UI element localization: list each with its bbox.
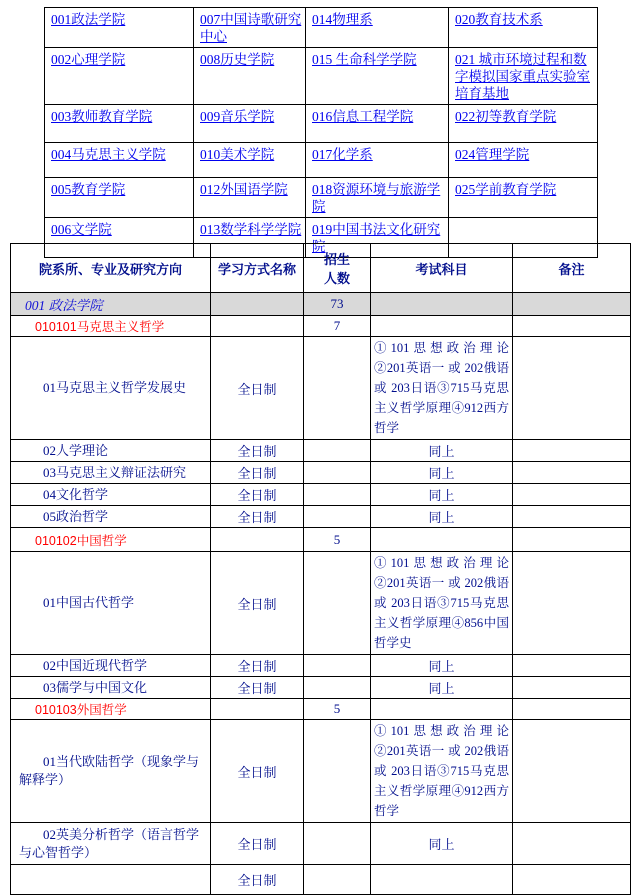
quota-cell: 7 (304, 316, 371, 337)
admissions-table: 院系所、专业及研究方向 学习方式名称 招生 人数 考试科目 备注 001 政法学… (10, 243, 631, 839)
study-mode-cell: 全日制 (211, 677, 304, 699)
exam-subjects-cell (371, 699, 513, 720)
link-cell[interactable]: 025学前教育学院 (449, 178, 598, 218)
quota-cell: 5 (304, 699, 371, 720)
link-cell[interactable]: 007中国诗歌研究中心 (194, 8, 306, 48)
remarks-cell (513, 823, 631, 840)
college-link[interactable]: 008历史学院 (200, 52, 274, 67)
quota-cell (304, 677, 371, 699)
direction-row: 03马克思主义辩证法研究 全日制 同上 (11, 462, 631, 484)
direction-row: 01马克思主义哲学发展史 全日制 ①101思想政治理论②201英语一 或 202… (11, 337, 631, 440)
remarks-cell (513, 316, 631, 337)
study-mode-cell: 全日制 (211, 720, 304, 823)
link-cell[interactable]: 014物理系 (306, 8, 449, 48)
college-link[interactable]: 005教育学院 (51, 182, 125, 197)
remarks-cell (513, 655, 631, 677)
direction-row: 02英美分析哲学（语言哲学与心智哲学） 全日制 同上 (11, 823, 631, 840)
name-cell: 01马克思主义哲学发展史 (11, 337, 211, 440)
link-row: 002心理学院 008历史学院 015 生命科学学院 021 城市环境过程和数字… (45, 48, 598, 105)
major-row: 010103外国哲学 5 (11, 699, 631, 720)
college-link[interactable]: 025学前教育学院 (455, 182, 556, 197)
college-link[interactable]: 022初等教育学院 (455, 109, 556, 124)
link-cell[interactable]: 001政法学院 (45, 8, 194, 48)
study-mode-cell: 全日制 (211, 484, 304, 506)
quota-cell (304, 462, 371, 484)
exam-subjects-cell: 同上 (371, 484, 513, 506)
quota-cell (304, 720, 371, 823)
major-row: 010101马克思主义哲学 7 (11, 316, 631, 337)
col-header-exam-subjects: 考试科目 (371, 244, 513, 293)
remarks-cell (513, 293, 631, 316)
link-cell[interactable]: 022初等教育学院 (449, 105, 598, 143)
quota-cell: 5 (304, 528, 371, 552)
name-cell: 02中国近现代哲学 (11, 655, 211, 677)
remarks-cell (513, 484, 631, 506)
direction-row: 05政治哲学 全日制 同上 (11, 506, 631, 528)
exam-subjects-cell: 同上 (371, 506, 513, 528)
name-cell: 010103外国哲学 (11, 699, 211, 720)
remarks-cell (513, 552, 631, 655)
study-mode-cell: 全日制 (211, 823, 304, 840)
col-header-department: 院系所、专业及研究方向 (11, 244, 211, 293)
study-mode-cell: 全日制 (211, 506, 304, 528)
name-cell: 02人学理论 (11, 440, 211, 462)
link-row: 004马克思主义学院 010美术学院 017化学系 024管理学院 (45, 143, 598, 178)
college-link[interactable]: 021 城市环境过程和数字模拟国家重点实验室培育基地 (455, 52, 590, 101)
college-row: 001 政法学院 73 (11, 293, 631, 316)
link-cell[interactable]: 017化学系 (306, 143, 449, 178)
link-cell[interactable]: 002心理学院 (45, 48, 194, 105)
exam-subjects-cell (371, 293, 513, 316)
college-link[interactable]: 010美术学院 (200, 147, 274, 162)
link-cell[interactable]: 020教育技术系 (449, 8, 598, 48)
quota-cell (304, 655, 371, 677)
quota-cell (304, 440, 371, 462)
direction-row: 03儒学与中国文化 全日制 同上 (11, 677, 631, 699)
link-row: 001政法学院 007中国诗歌研究中心 014物理系 020教育技术系 (45, 8, 598, 48)
exam-subjects-cell (371, 528, 513, 552)
exam-subjects-cell: 同上 (371, 440, 513, 462)
remarks-cell (513, 528, 631, 552)
col-header-quota: 招生 人数 (304, 244, 371, 293)
link-cell[interactable]: 008历史学院 (194, 48, 306, 105)
link-row: 005教育学院 012外国语学院 018资源环境与旅游学院 025学前教育学院 (45, 178, 598, 218)
study-mode-cell (211, 699, 304, 720)
header-row: 院系所、专业及研究方向 学习方式名称 招生 人数 考试科目 备注 (11, 244, 631, 293)
name-cell: 05政治哲学 (11, 506, 211, 528)
link-cell[interactable]: 021 城市环境过程和数字模拟国家重点实验室培育基地 (449, 48, 598, 105)
name-cell: 03儒学与中国文化 (11, 677, 211, 699)
college-link[interactable]: 015 生命科学学院 (312, 52, 417, 67)
quota-cell: 73 (304, 293, 371, 316)
remarks-cell (513, 462, 631, 484)
study-mode-cell (211, 293, 304, 316)
direction-row: 01当代欧陆哲学（现象学与解释学） 全日制 ①101思想政治理论②201英语一 … (11, 720, 631, 823)
college-link[interactable]: 018资源环境与旅游学院 (312, 182, 440, 214)
link-cell[interactable]: 016信息工程学院 (306, 105, 449, 143)
name-cell: 04文化哲学 (11, 484, 211, 506)
study-mode-cell: 全日制 (211, 440, 304, 462)
college-link[interactable]: 016信息工程学院 (312, 109, 413, 124)
college-link[interactable]: 017化学系 (312, 147, 373, 162)
study-mode-cell: 全日制 (211, 462, 304, 484)
exam-subjects-cell: 同上 (371, 462, 513, 484)
study-mode-cell (211, 528, 304, 552)
college-link[interactable]: 012外国语学院 (200, 182, 288, 197)
exam-subjects-cell: ①101思想政治理论②201英语一 或 202俄语 或 203日语③715马克思… (371, 552, 513, 655)
college-link[interactable]: 009音乐学院 (200, 109, 274, 124)
direction-row: 02中国近现代哲学 全日制 同上 (11, 655, 631, 677)
remarks-cell (513, 677, 631, 699)
direction-row: 02人学理论 全日制 同上 (11, 440, 631, 462)
study-mode-cell: 全日制 (211, 552, 304, 655)
link-cell[interactable]: 009音乐学院 (194, 105, 306, 143)
link-cell[interactable]: 012外国语学院 (194, 178, 306, 218)
study-mode-cell: 全日制 (211, 337, 304, 440)
quota-cell (304, 823, 371, 840)
col-header-study-mode: 学习方式名称 (211, 244, 304, 293)
link-cell[interactable]: 010美术学院 (194, 143, 306, 178)
quota-cell (304, 506, 371, 528)
name-cell: 01中国古代哲学 (11, 552, 211, 655)
exam-subjects-cell: 同上 (371, 655, 513, 677)
direction-row: 01中国古代哲学 全日制 ①101思想政治理论②201英语一 或 202俄语 或… (11, 552, 631, 655)
college-link[interactable]: 003教师教育学院 (51, 109, 152, 124)
college-links-table: 001政法学院 007中国诗歌研究中心 014物理系 020教育技术系 002心… (44, 7, 598, 258)
college-link[interactable]: 004马克思主义学院 (51, 147, 166, 162)
link-cell[interactable]: 024管理学院 (449, 143, 598, 178)
remarks-cell (513, 720, 631, 823)
remarks-cell (513, 440, 631, 462)
study-mode-cell: 全日制 (211, 655, 304, 677)
study-mode-cell (211, 316, 304, 337)
college-link[interactable]: 014物理系 (312, 12, 373, 27)
name-cell: 01当代欧陆哲学（现象学与解释学） (11, 720, 211, 823)
name-cell: 001 政法学院 (11, 293, 211, 316)
college-link[interactable]: 002心理学院 (51, 52, 125, 67)
link-cell[interactable]: 005教育学院 (45, 178, 194, 218)
remarks-cell (513, 506, 631, 528)
link-cell[interactable]: 015 生命科学学院 (306, 48, 449, 105)
name-cell: 010102中国哲学 (11, 528, 211, 552)
remarks-cell (513, 699, 631, 720)
college-link[interactable]: 013数学科学学院 (200, 222, 301, 237)
major-row: 010102中国哲学 5 (11, 528, 631, 552)
quota-cell (304, 337, 371, 440)
link-cell[interactable]: 003教师教育学院 (45, 105, 194, 143)
direction-row: 04文化哲学 全日制 同上 (11, 484, 631, 506)
exam-subjects-cell: 同上 (371, 677, 513, 699)
exam-subjects-cell (371, 316, 513, 337)
quota-cell (304, 484, 371, 506)
name-cell: 010101马克思主义哲学 (11, 316, 211, 337)
link-cell[interactable]: 018资源环境与旅游学院 (306, 178, 449, 218)
college-link[interactable]: 020教育技术系 (455, 12, 543, 27)
link-cell[interactable]: 004马克思主义学院 (45, 143, 194, 178)
exam-subjects-cell: ①101思想政治理论②201英语一 或 202俄语 或 203日语③715马克思… (371, 337, 513, 440)
exam-subjects-cell: 同上 (371, 823, 513, 840)
college-link[interactable]: 007中国诗歌研究中心 (200, 12, 301, 44)
name-cell: 02英美分析哲学（语言哲学与心智哲学） (11, 823, 211, 840)
exam-subjects-cell: ①101思想政治理论②201英语一 或 202俄语 或 203日语③715马克思… (371, 720, 513, 823)
quota-cell (304, 552, 371, 655)
remarks-cell (513, 337, 631, 440)
college-link[interactable]: 006文学院 (51, 222, 112, 237)
name-cell: 03马克思主义辩证法研究 (11, 462, 211, 484)
college-link[interactable]: 001政法学院 (51, 12, 125, 27)
college-link[interactable]: 024管理学院 (455, 147, 529, 162)
col-header-remarks: 备注 (513, 244, 631, 293)
link-row: 003教师教育学院 009音乐学院 016信息工程学院 022初等教育学院 (45, 105, 598, 143)
